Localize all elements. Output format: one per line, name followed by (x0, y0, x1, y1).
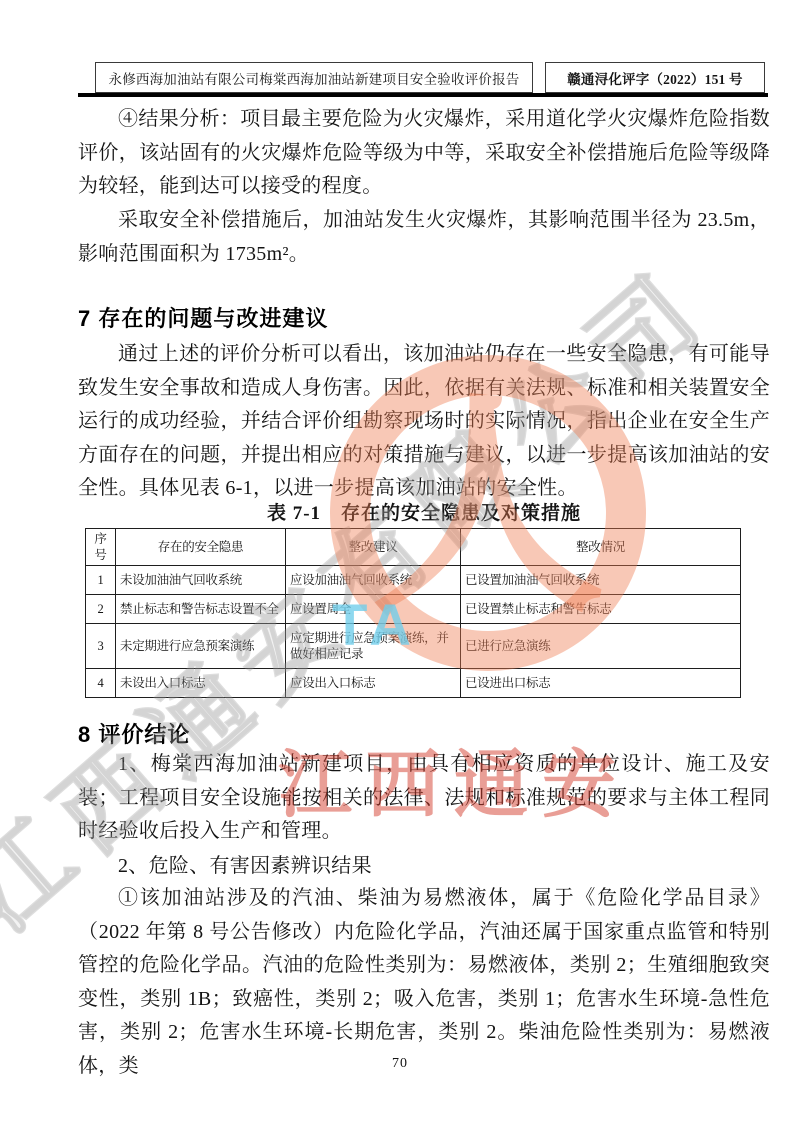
table-cell: 应设出入口标志 (286, 669, 461, 698)
col-header-index: 序号 (86, 529, 116, 566)
table-header-row: 序号 存在的安全隐患 整改建议 整改情况 (86, 529, 741, 566)
table-cell: 应定期进行应急预案演练，并做好相应记录 (286, 624, 461, 669)
table-cell: 已设进出口标志 (461, 669, 741, 698)
table-cell: 应设置周全 (286, 595, 461, 624)
table-row: 1 未设加油油气回收系统 应设加油油气回收系统 已设置加油油气回收系统 (86, 566, 741, 595)
section8-heading: 8 评价结论 (78, 718, 190, 749)
table-cell: 4 (86, 669, 116, 698)
col-header-hazard: 存在的安全隐患 (116, 529, 286, 566)
table-cell: 应设加油油气回收系统 (286, 566, 461, 595)
hazards-table: 序号 存在的安全隐患 整改建议 整改情况 1 未设加油油气回收系统 应设加油油气… (85, 528, 741, 698)
paragraph-result-analysis: ④结果分析：项目最主要危险为火灾爆炸，采用道化学火灾爆炸危险指数评价，该站固有的… (78, 103, 770, 204)
section8-hazard-identification: ①该加油站涉及的汽油、柴油为易燃液体，属于《危险化学品目录》（2022 年第 8… (78, 882, 770, 1084)
table-cell: 未定期进行应急预案演练 (116, 624, 286, 669)
page-number: 70 (0, 1056, 800, 1072)
section8-conclusion-2: 2、危险、有害因素辨识结果 (78, 850, 770, 884)
table-cell: 已进行应急演练 (461, 624, 741, 669)
table-cell: 未设出入口标志 (116, 669, 286, 698)
report-page: 永修西海加油站有限公司梅棠西海加油站新建项目安全验收评价报告 赣通浔化评字（20… (0, 0, 800, 1131)
section7-heading: 7 存在的问题与改进建议 (78, 302, 328, 333)
col-header-suggestion: 整改建议 (286, 529, 461, 566)
header-doc-number: 赣通浔化评字（2022）151 号 (545, 62, 765, 93)
header-rule (78, 93, 768, 97)
section8-conclusion-1: 1、梅棠西海加油站新建项目，由具有相应资质的单位设计、施工及安装；工程项目安全设… (78, 748, 770, 849)
table-row: 2 禁止标志和警告标志设置不全 应设置周全 已设置禁止标志和警告标志 (86, 595, 741, 624)
table-title: 表 7-1 存在的安全隐患及对策措施 (78, 498, 770, 525)
paragraph-fire-impact: 采取安全补偿措施后，加油站发生火灾爆炸，其影响范围半径为 23.5m，影响范围面… (78, 204, 770, 271)
header-report-title: 永修西海加油站有限公司梅棠西海加油站新建项目安全验收评价报告 (95, 62, 533, 93)
table-row: 4 未设出入口标志 应设出入口标志 已设进出口标志 (86, 669, 741, 698)
table-row: 3 未定期进行应急预案演练 应定期进行应急预案演练，并做好相应记录 已进行应急演… (86, 624, 741, 669)
table-cell: 已设置禁止标志和警告标志 (461, 595, 741, 624)
table-cell: 已设置加油油气回收系统 (461, 566, 741, 595)
table-cell: 1 (86, 566, 116, 595)
section7-paragraph: 通过上述的评价分析可以看出，该加油站仍存在一些安全隐患，有可能导致发生安全事故和… (78, 338, 770, 506)
table-cell: 禁止标志和警告标志设置不全 (116, 595, 286, 624)
table-cell: 未设加油油气回收系统 (116, 566, 286, 595)
table-cell: 3 (86, 624, 116, 669)
table-cell: 2 (86, 595, 116, 624)
col-header-status: 整改情况 (461, 529, 741, 566)
